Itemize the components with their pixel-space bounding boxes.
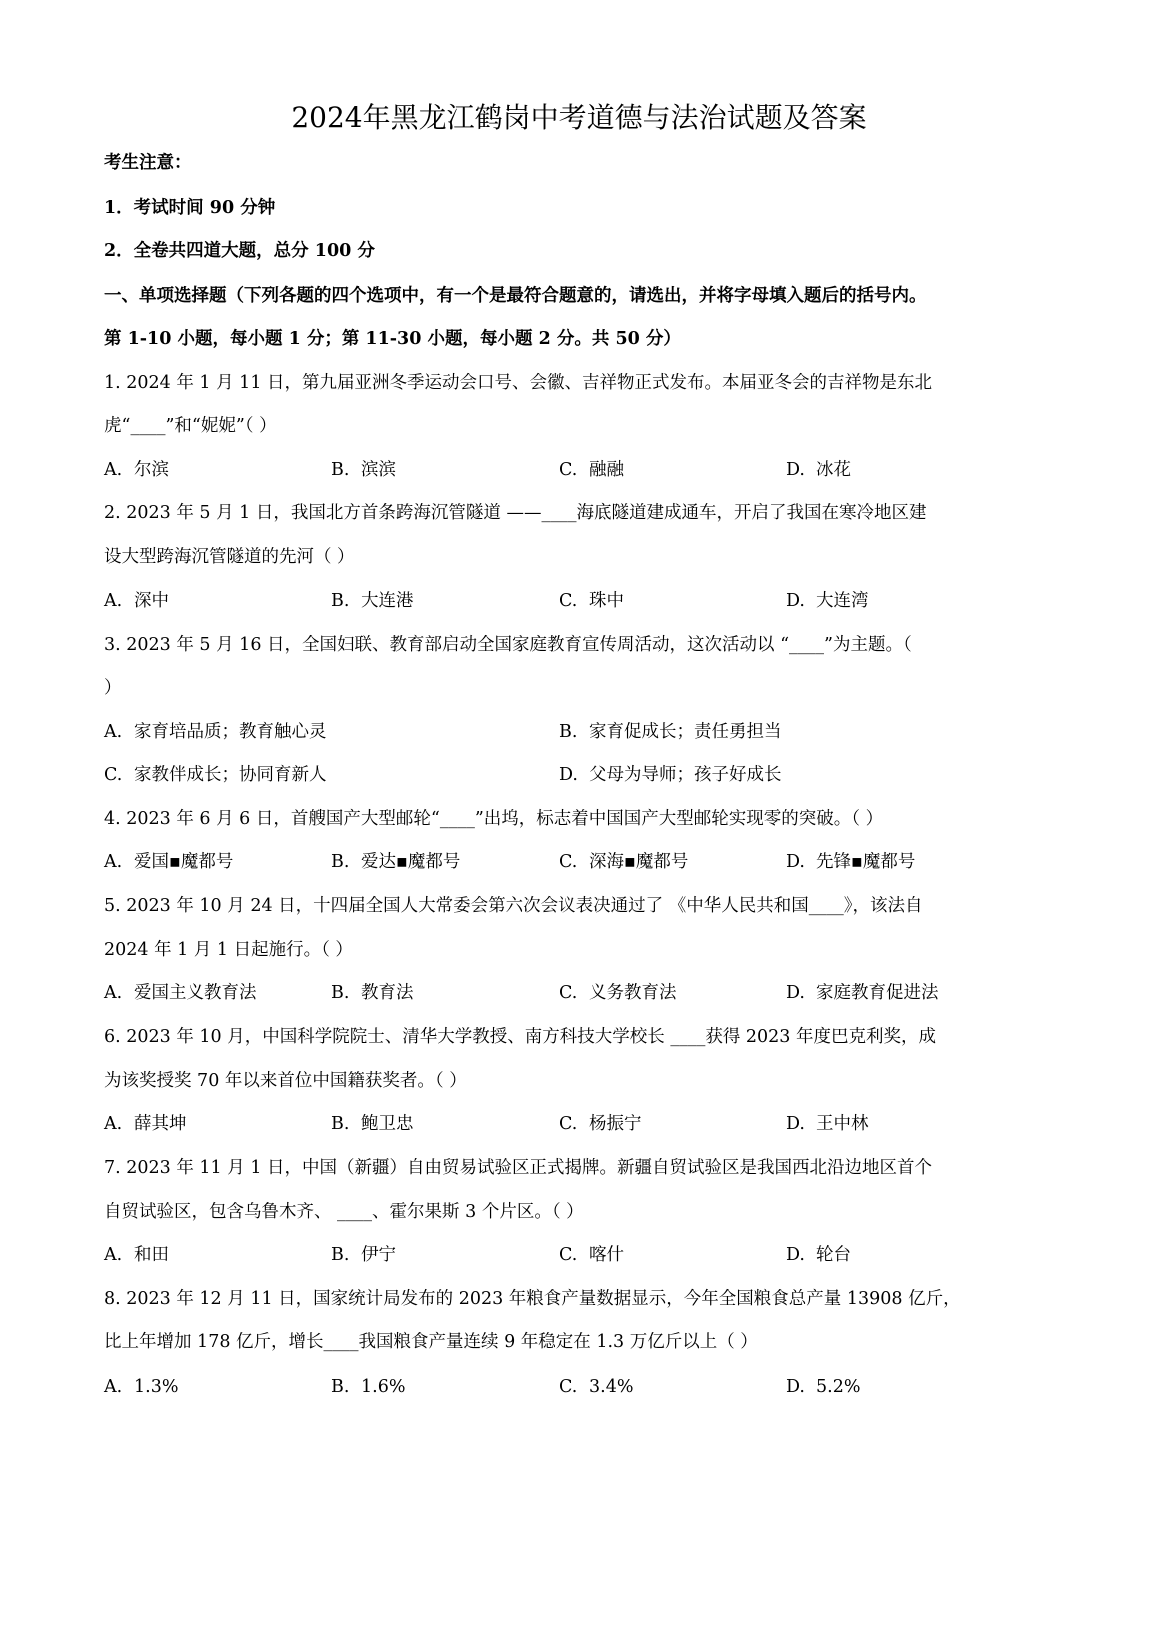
question-5-line-2: 2024 年 1 月 1 日起施行。（ ） [104, 937, 353, 963]
question-6-line-2: 为该奖授奖 70 年以来首位中国籍获奖者。（ ） [104, 1068, 467, 1094]
option-c: C.珠中 [559, 588, 624, 614]
option-b: B.鲍卫忠 [331, 1111, 414, 1137]
question-3-line-2: ） [104, 675, 122, 701]
option-b: B.家育促成长；责任勇担当 [559, 719, 782, 745]
option-d: D.父母为导师；孩子好成长 [559, 762, 782, 788]
option-c: C.家教伴成长；协同育新人 [104, 762, 327, 788]
question-4-options: A.爱国▪魔都号 B.爱达▪魔都号 C.深海▪魔都号 D.先锋▪魔都号 [104, 849, 1054, 875]
option-a: A.薛其坤 [104, 1111, 187, 1137]
document-title: 2024年黑龙江鹤岗中考道德与法治试题及答案 [104, 98, 1054, 138]
question-2-line-1: 2. 2023 年 5 月 1 日，我国北方首条跨海沉管隧道 ——____海底隧… [104, 500, 926, 526]
question-1-line-1: 1. 2024 年 1 月 11 日，第九届亚洲冬季运动会口号、会徽、吉祥物正式… [104, 370, 932, 396]
option-c: C.杨振宁 [559, 1111, 642, 1137]
question-2-line-2: 设大型跨海沉管隧道的先河（ ） [104, 544, 355, 570]
option-d: D.先锋▪魔都号 [786, 849, 915, 875]
option-a: A.和田 [104, 1242, 169, 1268]
option-d: D.5.2% [786, 1374, 860, 1400]
question-7-options: A.和田 B.伊宁 C.喀什 D.轮台 [104, 1242, 1054, 1268]
question-3-options-row-2: C.家教伴成长；协同育新人 D.父母为导师；孩子好成长 [104, 762, 1054, 788]
section1-heading-cont: 第 1-10 小题，每小题 1 分；第 11-30 小题，每小题 2 分。共 5… [104, 326, 681, 352]
option-a: A.1.3% [104, 1374, 178, 1400]
option-d: D.冰花 [786, 457, 851, 483]
option-d: D.轮台 [786, 1242, 851, 1268]
option-d: D.王中林 [786, 1111, 869, 1137]
option-a: A.尔滨 [104, 457, 169, 483]
notice-heading: 考生注意： [104, 150, 192, 176]
option-a: A.家育培品质；教育触心灵 [104, 719, 327, 745]
question-1-line-2: 虎“____”和“妮妮”（ ） [104, 413, 277, 439]
option-b: B.1.6% [331, 1374, 405, 1400]
notice-item-score: 2．全卷共四道大题，总分 100 分 [104, 238, 375, 264]
question-7-line-1: 7. 2023 年 11 月 1 日，中国（新疆）自由贸易试验区正式揭牌。新疆自… [104, 1155, 932, 1181]
question-8-line-2: 比上年增加 178 亿斤，增长____我国粮食产量连续 9 年稳定在 1.3 万… [104, 1329, 758, 1355]
question-6-line-1: 6. 2023 年 10 月，中国科学院院士、清华大学教授、南方科技大学校长 _… [104, 1024, 936, 1050]
question-4-line-1: 4. 2023 年 6 月 6 日，首艘国产大型邮轮“____”出坞，标志着中国… [104, 806, 883, 832]
question-3-options-row-1: A.家育培品质；教育触心灵 B.家育促成长；责任勇担当 [104, 719, 1054, 745]
option-c: C.深海▪魔都号 [559, 849, 688, 875]
question-8-line-1: 8. 2023 年 12 月 11 日，国家统计局发布的 2023 年粮食产量数… [104, 1286, 961, 1312]
option-c: C.融融 [559, 457, 624, 483]
question-7-line-2: 自贸试验区，包含乌鲁木齐、 ____、霍尔果斯 3 个片区。（ ） [104, 1199, 584, 1225]
question-6-options: A.薛其坤 B.鲍卫忠 C.杨振宁 D.王中林 [104, 1111, 1054, 1137]
option-b: B.伊宁 [331, 1242, 396, 1268]
section1-heading: 一、单项选择题（下列各题的四个选项中，有一个是最符合题意的，请选出，并将字母填入… [104, 283, 927, 309]
question-1-options: A.尔滨 B.滨滨 C.融融 D.冰花 [104, 457, 1054, 483]
notice-item-time: 1．考试时间 90 分钟 [104, 195, 275, 221]
option-a: A.爱国主义教育法 [104, 980, 257, 1006]
option-b: B.滨滨 [331, 457, 396, 483]
question-5-options: A.爱国主义教育法 B.教育法 C.义务教育法 D.家庭教育促进法 [104, 980, 1054, 1006]
question-3-line-1: 3. 2023 年 5 月 16 日，全国妇联、教育部启动全国家庭教育宣传周活动… [104, 632, 912, 658]
option-c: C.义务教育法 [559, 980, 677, 1006]
option-a: A.深中 [104, 588, 169, 614]
option-d: D.大连湾 [786, 588, 869, 614]
option-b: B.教育法 [331, 980, 414, 1006]
question-2-options: A.深中 B.大连港 C.珠中 D.大连湾 [104, 588, 1054, 614]
option-a: A.爱国▪魔都号 [104, 849, 233, 875]
question-5-line-1: 5. 2023 年 10 月 24 日，十四届全国人大常委会第六次会议表决通过了… [104, 893, 922, 919]
option-c: C.3.4% [559, 1374, 633, 1400]
option-d: D.家庭教育促进法 [786, 980, 939, 1006]
option-b: B.大连港 [331, 588, 414, 614]
option-c: C.喀什 [559, 1242, 624, 1268]
option-b: B.爱达▪魔都号 [331, 849, 460, 875]
question-8-options: A.1.3% B.1.6% C.3.4% D.5.2% [104, 1374, 1054, 1400]
